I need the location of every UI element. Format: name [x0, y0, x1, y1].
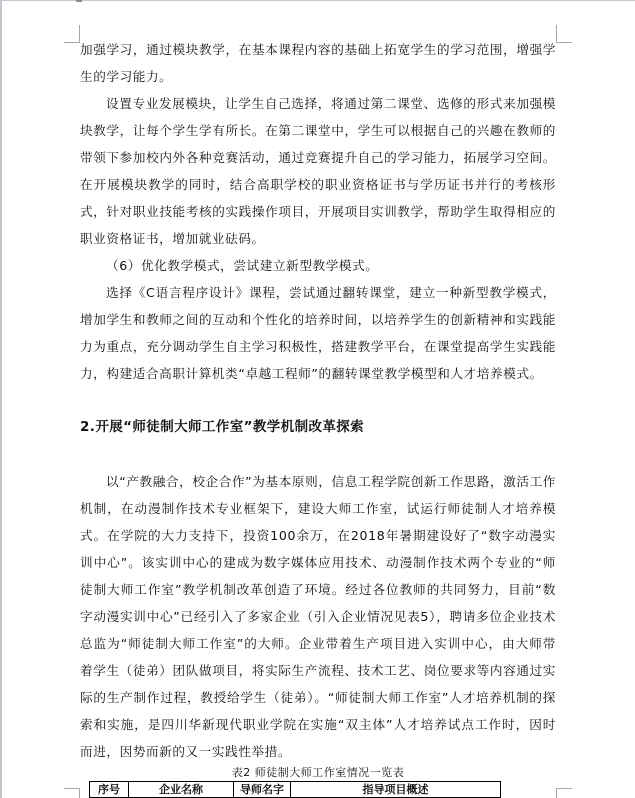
- paragraph: 加强学习，通过模块教学，在基本课程内容的基础上拓宽学生的学习范围，增强学生的学习…: [80, 36, 556, 90]
- crop-mark-bottom-left: [64, 788, 80, 798]
- paragraph: 以“产教融合，校企合作”为基本原则，信息工程学院创新工作思路，激活工作机制，在动…: [80, 468, 556, 765]
- crop-mark-top-right: [556, 25, 572, 43]
- crop-mark-bottom-right: [556, 788, 572, 798]
- header-cell-company: 企业名称: [129, 782, 234, 798]
- workshop-table: 序号 企业名称 导师名字 指导项目概述: [89, 781, 501, 798]
- list-item-heading: （6）优化教学模式，尝试建立新型教学模式。: [80, 252, 556, 279]
- document-body: 加强学习，通过模块教学，在基本课程内容的基础上拓宽学生的学习范围，增强学生的学习…: [80, 36, 556, 798]
- crop-mark-top-left: [64, 25, 80, 43]
- table-caption: 表2 师徒制大师工作室情况一览表: [80, 765, 556, 781]
- section-heading: 2.开展“师徒制大师工作室”教学机制改革探索: [80, 414, 556, 441]
- header-cell-project-summary: 指导项目概述: [291, 782, 501, 798]
- page-top-border: [0, 0, 635, 1]
- table-header-row: 序号 企业名称 导师名字 指导项目概述: [90, 782, 501, 798]
- paragraph: 设置专业发展模块，让学生自己选择，将通过第二课堂、选修的形式来加强模块教学，让每…: [80, 90, 556, 252]
- page-left-border: [0, 0, 2, 798]
- header-cell-mentor: 导师名字: [234, 782, 291, 798]
- header-cell-index: 序号: [90, 782, 129, 798]
- paragraph: 选择《C语言程序设计》课程，尝试通过翻转课堂，建立一种新型教学模式，增加学生和教…: [80, 279, 556, 387]
- ruler-marker: [76, 0, 82, 2]
